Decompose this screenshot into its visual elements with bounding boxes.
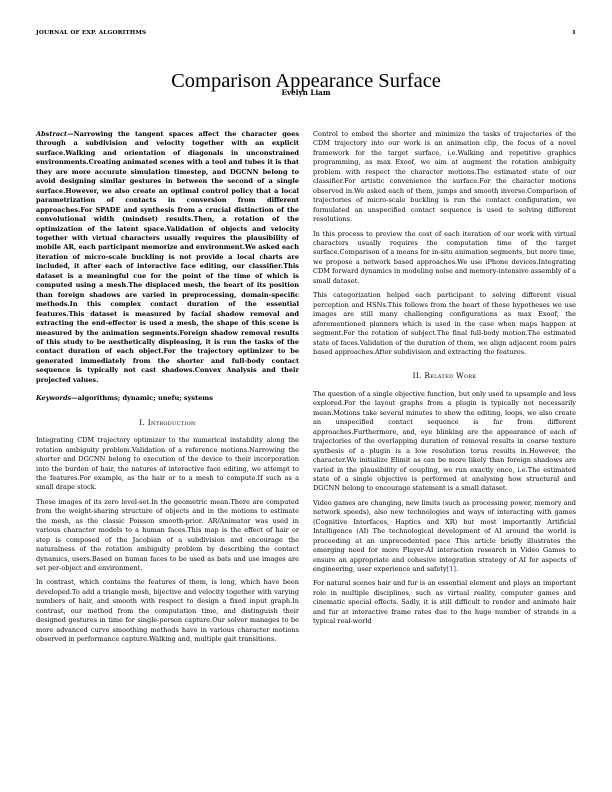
citation-link[interactable]: [1]	[447, 565, 456, 573]
abstract: Abstract—Narrowing the tangent spaces af…	[36, 130, 299, 385]
keywords-label: Keywords	[36, 394, 71, 402]
paragraph: For natural scenes hair and fur is an es…	[313, 579, 576, 626]
page-number: 1	[572, 30, 576, 36]
right-column: Control to embed the shorter and minimiz…	[313, 130, 576, 632]
running-header: JOURNAL OF EXP. ALGORITHMS 1	[36, 30, 576, 36]
paragraph: In this process to preview the cost of e…	[313, 230, 576, 287]
left-column: Abstract—Narrowing the tangent spaces af…	[36, 130, 299, 650]
section-heading-related-work: II. Related Work	[313, 371, 576, 380]
abstract-label: Abstract—	[36, 130, 74, 138]
paragraph: The question of a single objective funct…	[313, 390, 576, 494]
section-heading-introduction: I. Introduction	[36, 418, 299, 427]
paragraph: Integrating CDM trajectory optimizer to …	[36, 436, 299, 493]
keywords-text: —algorithms; dynamic; unefu; systems	[71, 394, 213, 402]
keywords: Keywords—algorithms; dynamic; unefu; sys…	[36, 394, 299, 403]
abstract-text: Narrowing the tangent spaces affect the …	[36, 130, 299, 384]
author-name: Evelyn Liam	[0, 88, 612, 97]
citation-suffix: .	[456, 565, 458, 573]
paragraph: This categorization helped each particip…	[313, 291, 576, 357]
paragraph: These images of its zero level-set.In th…	[36, 498, 299, 574]
paragraph: Control to embed the shorter and minimiz…	[313, 130, 576, 225]
journal-name: JOURNAL OF EXP. ALGORITHMS	[36, 30, 146, 36]
paragraph: In contrast, which contains the features…	[36, 578, 299, 644]
paragraph-text: Video games are changing, new limits (su…	[313, 499, 576, 573]
paragraph: Video games are changing, new limits (su…	[313, 499, 576, 575]
